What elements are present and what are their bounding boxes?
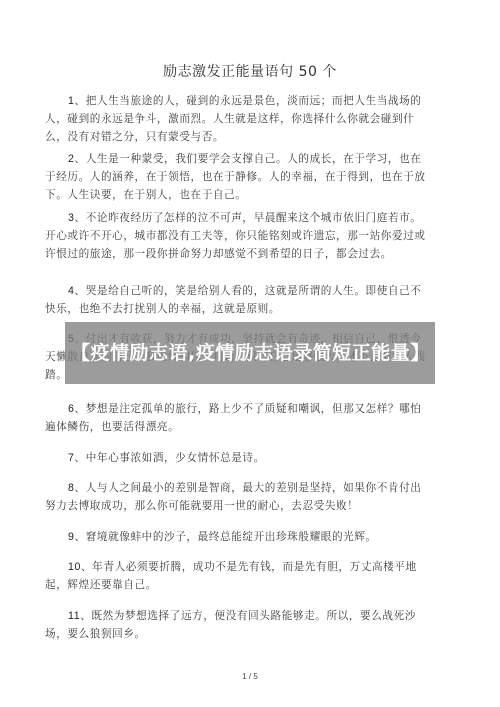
- paragraph-10: 10、年青人必须要折腾，成功不是先有钱，而是先有胆，万丈高楼平地起，辉煌还要靠自…: [45, 558, 427, 594]
- paragraph-9: 9、窘境就像蚌中的沙子，最终总能绽开出珍珠般耀眼的光辉。: [45, 528, 427, 546]
- paragraph-text: 、人与人之间最小的差别是智商，最大的差别是坚持，如果你不肯付出努力去博取成功，那…: [45, 482, 422, 512]
- item-number: 11: [68, 610, 80, 622]
- banner-title: 【疫情励志语,疫情励志语录简短正能量】: [65, 340, 435, 366]
- paragraph-text: 、哭是给自己听的，笑是给别人看的，这就是所谓的人生。即使自己不快乐，也绝不去打扰…: [45, 285, 422, 315]
- paragraph-6: 6、梦想是注定孤单的旅行，路上少不了质疑和嘲讽，但那又怎样？哪怕遍体鳞伤，也要活…: [45, 400, 427, 436]
- paragraph-7: 7、中年心事浓如酒，少女情怀总是诗。: [45, 449, 427, 467]
- paragraph-2: 2、人生是一种蒙受，我们要学会支撑自己。人的成长，在于学习，也在于经历。人的涵养…: [45, 150, 427, 204]
- paragraph-3: 3、不论昨夜经历了怎样的泣不可声，早晨醒来这个城市依旧门庭若市。开心或许不开心，…: [45, 209, 427, 263]
- document-page: 励志激发正能量语句 50 个 1、把人生当旅途的人，碰到的永远是景色，淡而远；而…: [0, 0, 500, 707]
- paragraph-text: 、梦想是注定孤单的旅行，路上少不了质疑和嘲讽，但那又怎样？哪怕遍体鳞伤，也要活得…: [45, 403, 422, 433]
- paragraph-4: 4、哭是给自己听的，笑是给别人看的，这就是所谓的人生。即使自己不快乐，也绝不去打…: [45, 282, 427, 318]
- paragraph-11: 11、既然为梦想选择了远方，便没有回头路能够走。所以，要么战死沙场，要么狼狈回乡…: [45, 607, 427, 643]
- paragraph-text: 、窘境就像蚌中的沙子，最终总能绽开出珍珠般耀眼的光辉。: [75, 531, 377, 543]
- paragraph-text: 、不论昨夜经历了怎样的泣不可声，早晨醒来这个城市依旧门庭若市。开心或许不开心，城…: [45, 212, 426, 260]
- paragraph-text: 、中年心事浓如酒，少女情怀总是诗。: [75, 452, 265, 464]
- paragraph-text: 、把人生当旅途的人，碰到的永远是景色，淡而远；而把人生当战场的人，碰到的永远是争…: [45, 95, 422, 143]
- page-indicator: 1 / 5: [0, 672, 500, 681]
- paragraph-text: 、人生是一种蒙受，我们要学会支撑自己。人的成长，在于学习，也在于经历。人的涵养，…: [45, 153, 426, 201]
- paragraph-text: 、既然为梦想选择了远方，便没有回头路能够走。所以，要么战死沙场，要么狼狈回乡。: [45, 610, 416, 640]
- item-number: 10: [68, 561, 81, 573]
- paragraph-8: 8、人与人之间最小的差别是智商，最大的差别是坚持，如果你不肯付出努力去博取成功，…: [45, 479, 427, 515]
- paragraph-text: 、年青人必须要折腾，成功不是先有钱，而是先有胆，万丈高楼平地起，辉煌还要靠自己。: [45, 561, 417, 591]
- paragraph-1: 1、把人生当旅途的人，碰到的永远是景色，淡而远；而把人生当战场的人，碰到的永远是…: [45, 92, 427, 146]
- title-overlay-banner: 【疫情励志语,疫情励志语录简短正能量】: [65, 322, 435, 384]
- document-title: 励志激发正能量语句 50 个: [0, 61, 500, 81]
